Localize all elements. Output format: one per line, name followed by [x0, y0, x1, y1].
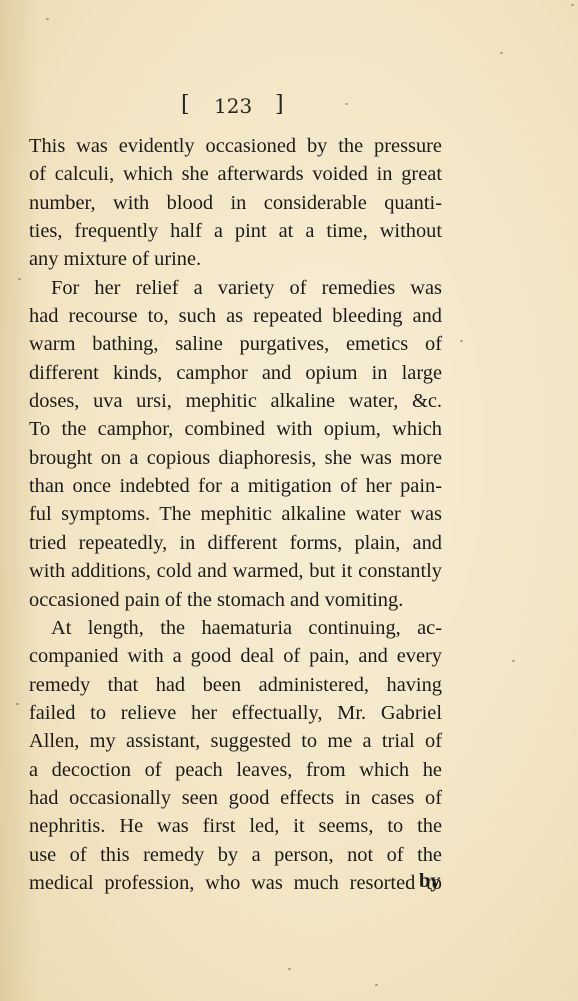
text-line: remedy that had been administered, havin…: [29, 671, 442, 699]
text-line: tried repeatedly, in different forms, pl…: [29, 529, 442, 557]
text-line: medical profession, who was much resorte…: [29, 869, 442, 897]
text-line: a decoction of peach leaves, from which …: [29, 756, 442, 784]
book-page: [ 123 ] This was evidently occasioned by…: [0, 0, 578, 1001]
text-line: nephritis. He was first led, it seems, t…: [29, 812, 442, 840]
text-line: To the camphor, combined with opium, whi…: [29, 415, 442, 443]
paper-speck: [16, 703, 19, 705]
text-line: occasioned pain of the stomach and vomit…: [29, 586, 442, 614]
text-line: ful symptoms. The mephitic alkaline wate…: [29, 500, 442, 528]
text-line: This was evidently occasioned by the pre…: [29, 132, 442, 160]
paper-speck: [375, 984, 378, 986]
paper-speck: [571, 4, 574, 6]
text-line: use of this remedy by a person, not of t…: [29, 841, 442, 869]
header-bracket-right: ]: [275, 92, 284, 117]
paper-speck: [500, 52, 503, 54]
paper-speck: [345, 103, 348, 105]
text-line: For her relief a variety of remedies was: [29, 274, 442, 302]
text-line: At length, the haematuria continuing, ac…: [29, 614, 442, 642]
text-line: doses, uva ursi, mephitic alkaline water…: [29, 387, 442, 415]
text-line: number, with blood in considerable quant…: [29, 189, 442, 217]
text-line: brought on a copious diaphoresis, she wa…: [29, 444, 442, 472]
text-line: had occasionally seen good effects in ca…: [29, 784, 442, 812]
text-line: Allen, my assistant, suggested to me a t…: [29, 727, 442, 755]
paper-speck: [46, 18, 49, 20]
body-text: This was evidently occasioned by the pre…: [29, 132, 442, 897]
paper-speck: [288, 968, 291, 970]
text-line: different kinds, camphor and opium in la…: [29, 359, 442, 387]
page-number: 123: [214, 94, 252, 118]
text-line: failed to relieve her effectually, Mr. G…: [29, 699, 442, 727]
text-line: with additions, cold and warmed, but it …: [29, 557, 442, 585]
text-line: ties, frequently half a pint at a time, …: [29, 217, 442, 245]
header-bracket-left: [: [181, 92, 190, 117]
text-line: companied with a good deal of pain, and …: [29, 642, 442, 670]
catchword: by: [419, 870, 441, 893]
text-line: had recourse to, such as repeated bleedi…: [29, 302, 442, 330]
text-line: warm bathing, saline purgatives, emetics…: [29, 330, 442, 358]
paper-speck: [460, 340, 463, 342]
text-line: any mixture of urine.: [29, 245, 442, 273]
paper-speck: [18, 278, 21, 280]
text-line: than once indebted for a mitigation of h…: [29, 472, 442, 500]
text-line: of calculi, which she afterwards voided …: [29, 160, 442, 188]
paper-speck: [512, 660, 515, 662]
